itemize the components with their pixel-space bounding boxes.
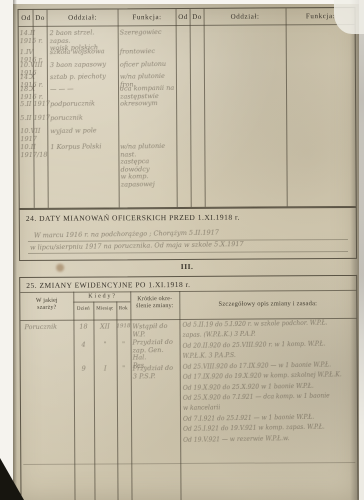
part-heading: III.: [19, 261, 355, 272]
handwritten-detail-line: Od 17.IX.920 do 19.X.920 w komp. szkolne…: [183, 371, 357, 381]
handwritten-unit: — — —: [50, 85, 116, 94]
header-miesiac: Miesiąc: [93, 306, 116, 311]
handwritten-detail-line: Od 5.II.19 do 5.I.920 r. w szkole podcho…: [182, 319, 356, 329]
section-25-box: 25. ZMIANY EWIDENCYJNE PO 1.XI.1918 r. W…: [19, 275, 358, 500]
column-divider: [204, 9, 206, 207]
header-szczegolowy: Szczegółowy opis zmiany i zasada:: [179, 300, 356, 308]
column-header-od-1: Od: [20, 14, 33, 22]
page-edge-shadow: [13, 0, 17, 500]
column-divider: [118, 9, 120, 207]
handwritten-detail-line: Od 25.X.920 do 7.I.921 — dca komp. w 1 b…: [183, 392, 357, 402]
handwritten-role: w/na plutonie nast. zastępca dowódcy w k…: [120, 143, 176, 189]
handwritten-detail-line: w kancelarii: [183, 402, 357, 412]
column-divider: [176, 9, 178, 207]
section-25-title: 25. ZMIANY EWIDENCYJNE PO 1.XI.1918 r.: [26, 280, 190, 290]
handwritten-day: 9: [74, 365, 94, 373]
column-divider: [93, 302, 95, 500]
column-divider: [179, 291, 181, 500]
handwritten-detail-line: W.P.Ł.K. 3 P.A.P.S.: [183, 350, 357, 360]
header-kiedy: K i e d y ?: [73, 293, 130, 299]
handwritten-detail-line: Od 7.I.921 do 25.I.921 — w 1 baonie W.P.…: [183, 413, 357, 423]
column-divider: [190, 9, 192, 207]
handwritten-role: frontowiec: [120, 48, 175, 56]
column-header-do-2: Do: [191, 13, 204, 21]
column-header-oddzial-1: Oddział:: [48, 13, 118, 21]
handwritten-unit: 3 baon zapasowy: [50, 61, 116, 70]
handwritten-unit: 1 Korpus Polski: [50, 143, 116, 152]
header-rok: Rok: [116, 306, 130, 311]
page-curl-shadow: [350, 0, 359, 500]
scanned-document-page: Od Do Oddział: Funkcja: Od Do Oddział: F…: [0, 0, 364, 500]
scan-edge-top: [0, 0, 364, 4]
handwritten-role: Szeregowiec: [120, 29, 175, 37]
scan-edge-right: [359, 0, 364, 500]
handwritten-date: 5.II 1917: [20, 101, 50, 109]
header-dzien: Dzień: [73, 307, 93, 312]
handwritten-rank: Porucznik: [24, 323, 72, 331]
handwritten-unit: podporucznik: [50, 100, 116, 109]
handwritten-unit: wyjazd w pole: [50, 127, 116, 136]
handwritten-unit: sztab p. piechoty: [50, 73, 116, 82]
handwritten-date: 10.II 1917/18: [20, 144, 50, 159]
handwritten-day: 4: [74, 341, 94, 349]
handwritten-change: Wstąpił do W.P.: [132, 323, 178, 339]
handwritten-unit: porucznik: [50, 114, 116, 123]
handwritten-year: ": [117, 341, 131, 349]
handwritten-role: dca kompanii na zastępstwie okresowym: [120, 85, 175, 108]
handwritten-year: 1918: [116, 323, 130, 331]
handwritten-role: oficer plutonu: [120, 61, 175, 69]
handwritten-detail-line: Od 19.V.921 — w rezerwie W.P.Ł.w.: [183, 434, 357, 444]
column-divider: [286, 8, 288, 206]
handwritten-year: ": [117, 365, 131, 373]
column-header-funkcja-1: Funkcja:: [119, 13, 176, 21]
section-24-title: 24. DATY MIANOWAŃ OFICERSKICH PRZED 1.XI…: [26, 213, 240, 223]
handwritten-detail-line: Od 19.X.920 do 25.X.920 w 1 baonie W.P.Ł…: [183, 382, 357, 392]
page-content: Od Do Oddział: Funkcja: Od Do Oddział: F…: [0, 0, 364, 500]
handwritten-detail-line: zapas. (W.P.Ł.K.) 3 P.A.P.: [182, 329, 356, 339]
handwritten-month: I: [94, 365, 117, 373]
handwritten-change: Przydział do 3 P.S.P.: [133, 365, 179, 381]
service-history-table: Od Do Oddział: Funkcja: Od Do Oddział: F…: [18, 7, 357, 209]
handwritten-month: XII: [93, 323, 116, 331]
column-header-od-2: Od: [177, 13, 190, 21]
section-24-box: 24. DATY MIANOWAŃ OFICERSKICH PRZED 1.XI…: [19, 207, 357, 261]
handwritten-date: 14.II 1915 r.: [20, 30, 50, 45]
column-divider: [116, 301, 118, 500]
column-header-oddzial-2: Oddział:: [205, 12, 286, 20]
handwritten-date: 10.VII 1917: [20, 128, 50, 143]
header-krotkie: Krótkie okre- ślenie zmiany:: [130, 296, 179, 310]
header-szarza: W jakiej szarży?: [20, 298, 73, 312]
handwritten-detail-line: Od 25.VIII.920 do 17.IX.920 — w 1 baonie…: [183, 361, 357, 371]
handwritten-detail-line: Od 25.I.921 do 19.V.921 w komp. zapas. W…: [183, 423, 357, 433]
handwritten-unit: szkoła wojskowa: [50, 48, 116, 57]
handwritten-month: ": [94, 341, 117, 349]
handwritten-date: 5.II 1917: [20, 115, 50, 123]
handwritten-day: 18: [73, 323, 93, 331]
handwritten-detail-line: Od 20.II.920 do 25.VIII.920 r. w 1 komp.…: [183, 340, 357, 350]
handwritten-note: W marcu 1916 r. na podchorążego ; Chorąż…: [34, 227, 344, 240]
scan-edge-left: [0, 0, 13, 500]
column-header-do-1: Do: [34, 14, 47, 22]
